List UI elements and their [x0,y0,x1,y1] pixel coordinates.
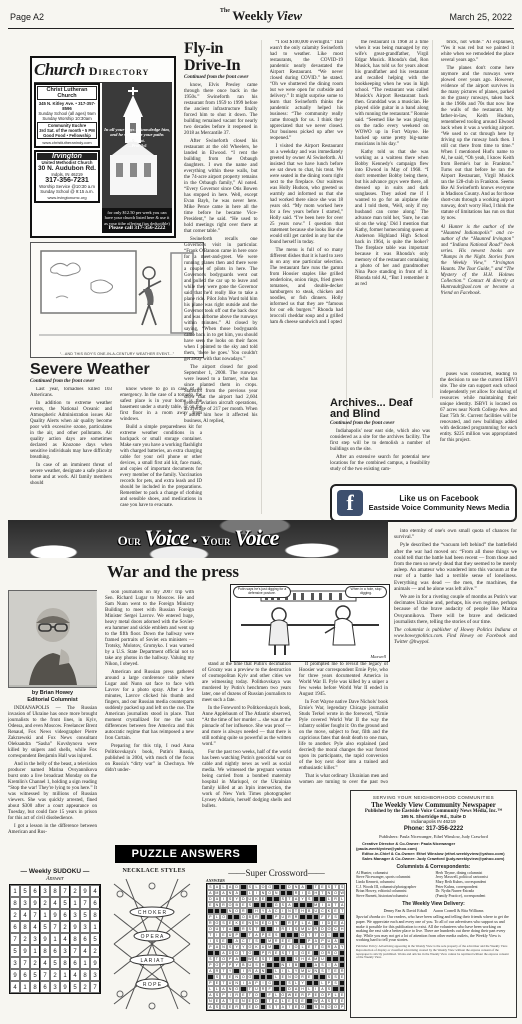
crossword-cell: O [326,1004,333,1010]
paragraph: I visited the Airport Restaurant on a we… [270,144,344,246]
archives-col-b: puses was conducted, leading to the deci… [440,372,517,480]
church-website: www.christlutheranindy.com [37,140,97,145]
wordsearch-answer-block: NECKLACE STYLES C H O K E RO P E R A L A… [106,868,202,1014]
sudoku-cell: 8 [80,969,90,981]
sudoku-cell: 1 [90,921,100,933]
sudoku-cell: 4 [90,885,100,897]
newspaper-page: Page A2 The Weekly View March 25, 2022 C… [0,0,522,1024]
paragraph: Kathy told us that she was working as a … [355,150,429,288]
church-name: Irvington [37,153,97,160]
sudoku-cell: 4 [40,957,50,969]
paragraph: And in the belly of the beast, a televis… [8,762,97,822]
staff-left: Al Hunter, columnistSteve Nicewanger, sp… [356,871,432,899]
flyin-col-1: Fly-in Drive-In Continued from the front… [184,40,262,514]
paragraph: Swineforth recalls one Governor's visit … [184,237,258,363]
paragraph: the restaurant in 1968 at a time when it… [355,40,429,148]
puzzle-answers-banner: PUZZLE ANSWERS [115,845,257,863]
paragraph: In case of an imminent threat of severe … [30,463,112,487]
sudoku-cell: 2 [20,933,30,945]
flyin-col1-text: know, Elvis Presley came through there o… [184,83,258,425]
sudoku-cell: 5 [20,885,30,897]
sudoku-cell: 5 [70,981,80,993]
sudoku-cell: 7 [90,981,100,993]
weather-cartoon-caption: “...AND THIS BOY'S ONE-IN-A-CENTURY WEAT… [31,352,203,356]
crossword-cell: A [207,1004,214,1010]
sudoku-cell: 8 [10,897,20,909]
sudoku-cell: 7 [10,933,20,945]
church-directory-title: Church Directory [34,60,172,83]
masthead-address-2: Indianapolis IN 46219 [356,819,511,824]
sudoku-cell: 4 [70,969,80,981]
paragraph: stand at the time that Putin's decimatio… [202,662,291,704]
sudoku-cell: 1 [50,933,60,945]
paragraph: American and Russian press gathered arou… [105,670,194,742]
war-col-1: by Brian Howey Editorial Columnist INDIA… [8,590,97,908]
crossword-cell: O [332,1004,339,1010]
voice-our: Our [118,533,141,548]
sudoku-cell: 8 [70,933,80,945]
war-col1-text: INDIANAPOLIS — The Russian invasion of U… [8,706,97,836]
sudoku-cell: 6 [80,933,90,945]
verse-text: In all your ways acknowledge him, and he… [104,127,170,149]
sudoku-cell: 9 [10,969,20,981]
weather-cartoon-drawing [31,243,201,343]
voice-separator: • [193,533,198,548]
masthead-title: The Weekly View Community Newspaper [356,801,511,809]
crossword-cell: D [253,1004,260,1010]
sudoku-cell: 4 [10,981,20,993]
sudoku-cell: 9 [60,981,70,993]
sudoku-cell: 8 [50,885,60,897]
sudoku-cell: 7 [70,945,80,957]
sudoku-cell: 6 [70,957,80,969]
facebook-icon: f [337,490,363,516]
paragraph: puses was conducted, leading to the deci… [440,372,517,444]
issue-date: March 25, 2022 [449,12,512,22]
sudoku-cell: 9 [80,885,90,897]
continued-line: Continued from the front cover [30,379,202,384]
sudoku-cell: 1 [10,885,20,897]
church-ad-promo: for only $12.50 per week you can have yo… [102,208,172,233]
staff-right: Herb Thyme, dining columnistJerry Maxwel… [436,871,512,899]
war-headline: War and the press [8,562,338,582]
voice-voice-2: Voice [235,525,279,550]
paragraph: Indianapolis' near east side, which also… [330,429,430,453]
paragraph: “I lost $100,000 overnight.” That wasn't… [270,40,344,142]
sudoku-cell: 9 [50,909,60,921]
severe-weather-headline: Severe Weather [30,362,202,378]
sudoku-answer-block: — Weekly SUDOKU — Answer 156387294839245… [8,868,102,994]
sudoku-cell: 1 [70,897,80,909]
sudoku-cell: 5 [90,933,100,945]
paragraph: We are in for a riveting couple of month… [394,594,517,625]
paragraph: It prompted me to revisit the legacy of … [299,662,388,698]
sudoku-cell: 3 [10,957,20,969]
sudoku-cell: 2 [70,885,80,897]
sudoku-cell: 8 [90,909,100,921]
sudoku-grid: 1563872948392451762471963586845729317239… [9,884,101,994]
sudoku-cell: 3 [80,921,90,933]
crossword-cell: T [273,1004,280,1010]
special-thanks: Special thanks to: Our readers, who have… [356,915,511,943]
staff-list: Al Hunter, columnistSteve Nicewanger, sp… [356,871,511,899]
sudoku-cell: 3 [40,885,50,897]
sudoku-cell: 2 [60,921,70,933]
paragraph: Preparing for this trip, I read Anna Pol… [105,744,194,774]
sudoku-cell: 8 [40,945,50,957]
sudoku-cell: 7 [60,885,70,897]
columnist-portrait-icon [9,591,96,685]
crossword-cell: S [313,1004,320,1010]
delivery-names-2: Aaron Cornell & Rita Williams [433,908,483,913]
sudoku-cell: 8 [60,957,70,969]
wordsearch-lattice-icon: C H O K E RO P E R A L A R I A TR O P E [106,874,198,1014]
sudoku-cell: 5 [60,897,70,909]
svg-text:O P E R A: O P E R A [141,934,164,940]
columnist-photo [8,590,97,688]
sudoku-cell: 6 [40,981,50,993]
sudoku-cell: 4 [80,945,90,957]
paragraph: (Family Practice), correspondent [436,894,512,899]
sudoku-cell: 3 [50,981,60,993]
crossword-cell: T [240,1004,247,1010]
verse-attribution: —Prov 3:6 [104,143,170,148]
paragraph: For the past two weeks, half of the worl… [202,750,291,810]
masthead-owners: Creative Director & Co-Owner: Paula Nice… [356,841,511,861]
church-title-script: Church [34,60,85,79]
voice-voice-1: Voice [145,525,189,550]
paper-masthead: The Weekly View [10,8,512,24]
sudoku-cell: 1 [60,969,70,981]
delivery-names-1: Denny Fan & David Edsall [384,908,428,913]
paragraph: After an extensive search for potential … [330,455,430,473]
church-website: www.irvingtonumc.org [37,195,97,200]
sudoku-cell: 5 [30,969,40,981]
crossword-cell: E [293,1004,300,1010]
sudoku-cell: 7 [40,969,50,981]
crossword-answer-block: Super Crossword ANSWERS SALADSLOGDNATEST… [206,868,346,1011]
sudoku-cell: 6 [50,945,60,957]
crossword-cell: E [227,1004,234,1010]
sudoku-cell: 2 [80,981,90,993]
archives-article: Archives... Deaf and Blind Continued fro… [330,398,517,480]
sudoku-cell: 4 [30,921,40,933]
church-photo: In all your ways acknowledge him, and he… [102,83,172,208]
war-col-3: stand at the time that Putin's decimatio… [202,590,291,868]
crossword-cell: S [220,1004,227,1010]
archives-headline-2: and Blind [330,409,430,420]
church-line: Sunday School @ 9:15 a.m. [37,189,97,194]
sudoku-cell: 1 [80,957,90,969]
sudoku-cell: 4 [50,897,60,909]
sudoku-cell: 6 [30,885,40,897]
paragraph: After Swineforth closed his restaurant a… [184,139,258,235]
sudoku-cell: 6 [10,921,20,933]
sudoku-cell: 8 [20,921,30,933]
war-col-2: sion journalists on my 2007 trip with Se… [105,590,194,840]
crossword-cell: S [214,1004,221,1010]
sudoku-cell: 5 [50,957,60,969]
delivery-header: The Weekly View Delivery: [356,901,511,907]
sudoku-cell: 2 [40,897,50,909]
church-line: Sunday Worship 10:30am [37,116,97,121]
sudoku-cell: 9 [20,945,30,957]
paragraph: In the Foreword to Politkovskaya's book,… [202,706,291,748]
sudoku-cell: 5 [10,945,20,957]
paragraph: In addition to extreme weather events, t… [30,401,112,461]
christ-lutheran-listing: Christ Lutheran Church 345 N. Kitley Ave… [34,83,100,148]
flyin-col-3: the restaurant in 1968 at a time when it… [355,40,433,398]
sudoku-title: — Weekly SUDOKU — [8,868,102,875]
war-col-4: It prompted me to revisit the legacy of … [299,590,388,786]
sudoku-cell: 7 [20,957,30,969]
paragraph: The menu is full of so many different di… [270,248,344,326]
crossword-cell [260,1004,267,1010]
sudoku-cell: 2 [10,909,20,921]
svg-text:R O P E: R O P E [143,982,162,988]
paragraph: In Fort Wayne native Dave Nichols' book … [299,700,388,772]
continued-line: Continued from the front cover [184,75,258,80]
severe-col-1: Last year, tornadoes killed 103 American… [30,387,112,525]
sudoku-cell: 5 [40,921,50,933]
sudoku-cell: 9 [90,957,100,969]
church-phone: 317-356-7231 [37,177,97,184]
sudoku-answer-label: Answer [8,876,102,882]
crossword-cell: A [280,1004,287,1010]
voice-your: Your [201,533,230,548]
sudoku-cell: 9 [40,933,50,945]
sudoku-cell: 2 [50,969,60,981]
paragraph: know, Elvis Presley came through there o… [184,83,258,137]
masthead-view: View [276,8,302,23]
flyin-col4-text: brick, not white.” Al explained, “Yes it… [441,40,515,222]
war-col3-text: stand at the time that Putin's decimatio… [202,662,291,810]
masthead-box: SERVING YOUR NEIGHBORHOOD COMMUNITIES Th… [350,790,517,1018]
flyin-col-2: “I lost $100,000 overnight.” That wasn't… [270,40,348,430]
sudoku-cell: 1 [40,909,50,921]
paragraph: Steve Barnett, historian/columnist [356,894,432,899]
policy-text: Advertising appearing in the Weekly View… [356,944,509,959]
masthead-phone: Phone: 317-356-2222 [356,826,511,832]
church-title-caps: Directory [89,64,149,78]
crossword-cell: O [299,1004,306,1010]
paragraph: The planes don't come here anymore and t… [441,66,515,222]
sudoku-cell: 3 [60,945,70,957]
paragraph: That is what ordinary Ukrainian men and … [299,774,388,786]
svg-text:C H O K E R: C H O K E R [138,910,167,916]
sudoku-cell: 7 [50,921,60,933]
archives-headline: Archives... Deaf and Blind [330,398,430,420]
crossword-cell: P [339,1004,346,1010]
paragraph: The airport closed for good September 1,… [184,365,258,425]
header-rule [8,28,514,29]
sudoku-cell: 1 [30,945,40,957]
sudoku-cell: 6 [20,969,30,981]
archives-cola-text: Indianapolis' near east side, which also… [330,429,430,473]
sudoku-cell: 4 [60,933,70,945]
crossword-cell: T [286,1004,293,1010]
sudoku-cell: 5 [80,909,90,921]
church-directory-ad: Church Directory Christ Lutheran Church … [30,56,176,238]
war-col-right: into eternity of one's own small quota o… [394,528,517,786]
facebook-line-2: Eastside Voice Community News Media [368,503,510,512]
crossword-cell: R [233,1004,240,1010]
church-name: Christ Lutheran Church [37,86,97,100]
masthead-the: The [220,8,230,14]
sudoku-cell: 9 [30,897,40,909]
byline-title: Editorial Columnist [8,697,97,704]
crossword-grid: SALADSLOGDNATESTSAMANALINONRIGHTNOWDAISY… [206,883,347,1011]
promo-phone: Please call 317-356-2222 [103,226,171,231]
crossword-cell [306,1004,313,1010]
paragraph: INDIANAPOLIS — The Russian invasion of U… [8,706,97,760]
continued-line: Continued from the front cover [330,421,430,426]
sudoku-cell: 7 [80,897,90,909]
war-col4-text: It prompted me to revisit the legacy of … [299,662,388,786]
irvington-umc-listing: Irvington United Methodist Church 30 N. … [34,150,100,203]
sudoku-cell: 2 [90,945,100,957]
sudoku-cell: 6 [60,909,70,921]
masthead-weekly: Weekly [232,8,273,23]
staff-header: Columnists & Correspondents: [356,864,511,870]
masthead-publishers: Publishers: Paula Nicewanger, Ethel Wins… [356,834,511,839]
paragraph: brick, not white.” Al explained, “Yes it… [441,40,515,64]
sudoku-cell: 1 [20,981,30,993]
sudoku-cell: 9 [70,921,80,933]
thanks-text: Our readers, who have been calling and t… [356,914,509,942]
serving-line: SERVING YOUR NEIGHBORHOOD COMMUNITIES [356,795,511,800]
publisher-policy: Publisher Policy: Advertising appearing … [356,945,511,960]
page-header: Page A2 The Weekly View March 25, 2022 [10,8,512,26]
war-colr-text: into eternity of one's own small quota o… [394,528,517,625]
howey-bio: The columnist is publisher of Howey Poli… [394,628,517,646]
promo-text: for only $12.50 per week you can have yo… [103,210,171,226]
sudoku-cell: 3 [20,897,30,909]
crossword-title: Super Crossword [206,868,346,878]
sudoku-cell: 3 [70,909,80,921]
al-hunter-bio: Al Hunter is the author of the “Haunted … [441,225,515,297]
paragraph: sion journalists on my 2007 trip with Se… [105,590,194,668]
sudoku-cell: 4 [20,909,30,921]
paragraph: I got a lesson in the difference between… [8,824,97,836]
voice-banner: Our Voice • Your Voice [8,520,388,558]
svg-text:L A R I A T: L A R I A T [140,958,163,964]
flyin-headline: Fly-in Drive-In [184,40,258,74]
sudoku-cell: 8 [30,981,40,993]
sudoku-cell: 6 [90,897,100,909]
paragraph: Pyle described the “vacuum left behind” … [394,542,517,592]
paragraph: Creative Director & Co-Owner: Paula Nice… [356,841,511,851]
weather-cartoon: “...AND THIS BOY'S ONE-IN-A-CENTURY WEAT… [30,242,204,358]
sudoku-cell: 7 [30,909,40,921]
church-address: 345 N. Kitley Ave. • 317-357-8596 [37,101,97,111]
archives-col-a: Archives... Deaf and Blind Continued fro… [330,398,430,480]
paragraph: Sales Manager & Co-Owner: Judy Crawford … [356,856,511,861]
crossword-cell: S [266,1004,273,1010]
church-line: Good Food • Fellowship [38,133,96,138]
sudoku-cell: 3 [30,933,40,945]
crossword-cell: E [247,1004,254,1010]
paragraph: into eternity of one's own small quota o… [394,528,517,540]
crossword-cell: N [319,1004,326,1010]
sudoku-cell: 3 [90,969,100,981]
church-address: 30 N. Audubon Rd. [37,165,97,172]
sudoku-cell: 2 [30,957,40,969]
facebook-line-1: Like us on Facebook [368,494,510,503]
verse: In all your ways acknowledge him, and he… [104,127,170,143]
paragraph: Last year, tornadoes killed 103 American… [30,387,112,399]
facebook-banner: f Like us on Facebook Eastside Voice Com… [330,484,517,522]
